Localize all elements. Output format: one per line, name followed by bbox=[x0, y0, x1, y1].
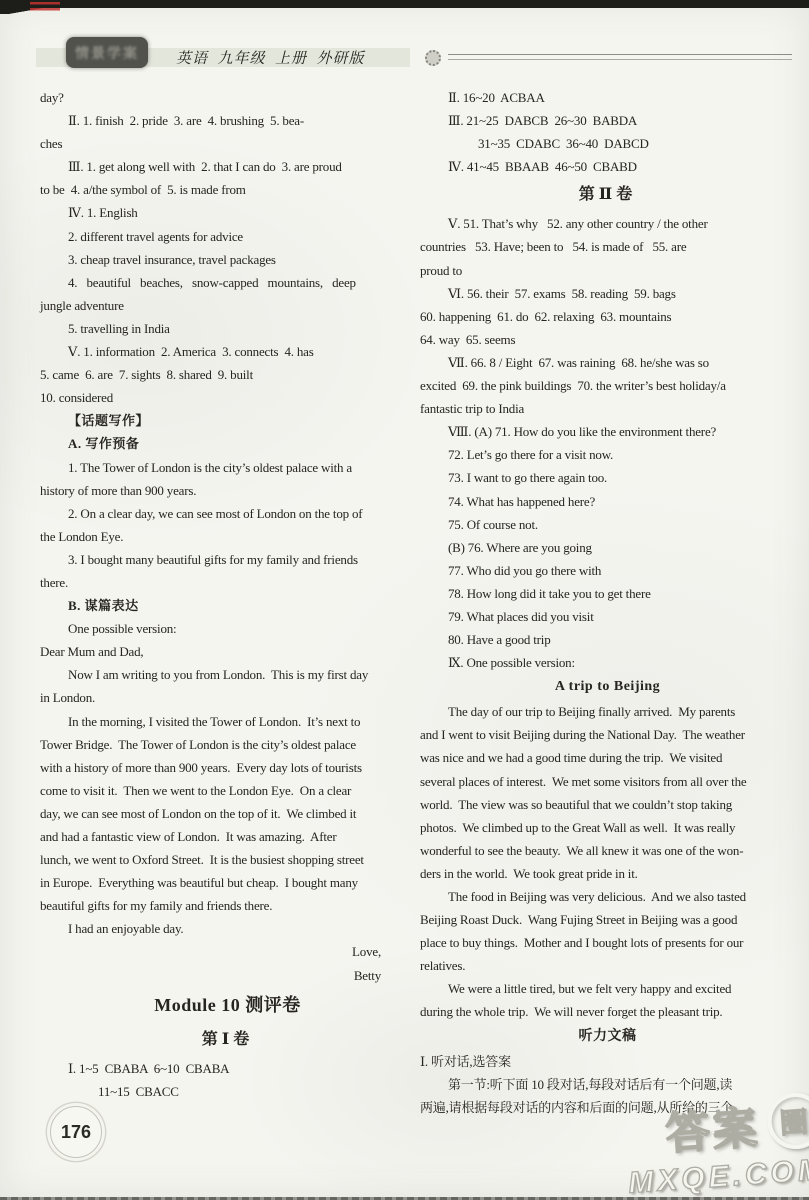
watermark-circle-char: 圈 bbox=[779, 1100, 809, 1142]
text-line: 64. way 65. seems bbox=[420, 328, 795, 351]
text-line: 听力文稿 bbox=[420, 1024, 795, 1050]
watermark-title: 答案 圈 bbox=[623, 1087, 809, 1165]
text-line: I had an enjoyable day. bbox=[40, 917, 415, 940]
text-line: 11~15 CBACC bbox=[40, 1080, 415, 1103]
text-line: 2. different travel agents for advice bbox=[40, 225, 415, 248]
text-line: history of more than 900 years. bbox=[40, 479, 415, 502]
text-line: was nice and we had a good time during t… bbox=[420, 746, 795, 769]
text-line: ches bbox=[40, 132, 415, 155]
text-line: The food in Beijing was very delicious. … bbox=[420, 885, 795, 908]
text-line: A. 写作预备 bbox=[40, 432, 415, 455]
text-line: Ⅱ. 1. finish 2. pride 3. are 4. brushing… bbox=[40, 109, 415, 132]
text-line: 79. What places did you visit bbox=[420, 605, 795, 628]
text-line: countries 53. Have; been to 54. is made … bbox=[420, 235, 795, 258]
text-line: Tower Bridge. The Tower of London is the… bbox=[40, 733, 415, 756]
scanned-answer-page: 情景学案 英语 九年级 上册 外研版 day?Ⅱ. 1. finish 2. p… bbox=[0, 0, 809, 1200]
text-line: Beijing Roast Duck. Wang Fujing Street i… bbox=[420, 908, 795, 931]
text-line: day, we can see most of London on the to… bbox=[40, 802, 415, 825]
watermark-text: 答案 bbox=[664, 1092, 762, 1162]
text-line: In the morning, I visited the Tower of L… bbox=[40, 710, 415, 733]
text-line: jungle adventure bbox=[40, 294, 415, 317]
text-line: Ⅱ. 16~20 ACBAA bbox=[420, 86, 795, 109]
text-line: world. The view was so beautiful that we… bbox=[420, 793, 795, 816]
text-line: relatives. bbox=[420, 954, 795, 977]
brand-badge-label: 情景学案 bbox=[75, 43, 139, 63]
text-line: One possible version: bbox=[40, 617, 415, 640]
text-line: Ⅲ. 1. get along well with 2. that I can … bbox=[40, 155, 415, 178]
text-line: to be 4. a/the symbol of 5. is made from bbox=[40, 178, 415, 201]
text-line: We were a little tired, but we felt very… bbox=[420, 977, 795, 1000]
text-line: day? bbox=[40, 86, 415, 109]
text-line: 60. happening 61. do 62. relaxing 63. mo… bbox=[420, 305, 795, 328]
text-line: there. bbox=[40, 571, 415, 594]
text-line: ders in the world. We took great pride i… bbox=[420, 862, 795, 885]
text-line: 【话题写作】 bbox=[40, 409, 415, 432]
watermark: 答案 圈 MXQE.COM bbox=[623, 1087, 809, 1200]
text-line: excited 69. the pink buildings 70. the w… bbox=[420, 374, 795, 397]
brand-badge: 情景学案 bbox=[66, 37, 148, 68]
text-line: B. 谋篇表达 bbox=[40, 594, 415, 617]
text-line: 80. Have a good trip bbox=[420, 628, 795, 651]
text-line: Ⅳ. 41~45 BBAAB 46~50 CBABD bbox=[420, 155, 795, 178]
text-line: Ⅶ. 66. 8 / Eight 67. was raining 68. he/… bbox=[420, 351, 795, 374]
text-line: 1. The Tower of London is the city’s old… bbox=[40, 456, 415, 479]
text-line: wonderful to see the beauty. We all knew… bbox=[420, 839, 795, 862]
text-line: the London Eye. bbox=[40, 525, 415, 548]
text-line: in London. bbox=[40, 686, 415, 709]
text-line: 10. considered bbox=[40, 386, 415, 409]
text-line: 31~35 CDABC 36~40 DABCD bbox=[420, 132, 795, 155]
scan-edge-top bbox=[0, 0, 809, 8]
text-line: 78. How long did it take you to get ther… bbox=[420, 582, 795, 605]
text-line: Ⅵ. 56. their 57. exams 58. reading 59. b… bbox=[420, 282, 795, 305]
text-line: Love, bbox=[40, 940, 415, 963]
text-line: Betty bbox=[40, 964, 415, 987]
text-line: several places of interest. We met some … bbox=[420, 770, 795, 793]
header-rule-line bbox=[448, 54, 792, 60]
text-line: Ⅸ. One possible version: bbox=[420, 651, 795, 674]
text-line: 75. Of course not. bbox=[420, 513, 795, 536]
text-line: (B) 76. Where are you going bbox=[420, 536, 795, 559]
text-line: during the whole trip. We will never for… bbox=[420, 1000, 795, 1023]
page-number: 176 bbox=[61, 1122, 91, 1143]
text-line: proud to bbox=[420, 259, 795, 282]
scan-artifact-red-marks bbox=[30, 2, 60, 12]
text-line: 第Ⅰ卷 bbox=[40, 1023, 415, 1057]
text-line: Ⅰ. 听对话,选答案 bbox=[420, 1050, 795, 1073]
flower-ornament-icon bbox=[425, 50, 441, 66]
text-line: Ⅳ. 1. English bbox=[40, 201, 415, 224]
text-line: Ⅰ. 1~5 CBABA 6~10 CBABA bbox=[40, 1057, 415, 1080]
watermark-circle-icon: 圈 bbox=[766, 1091, 809, 1151]
text-line: 73. I want to go there again too. bbox=[420, 466, 795, 489]
text-line: Now I am writing to you from London. Thi… bbox=[40, 663, 415, 686]
text-line: Ⅲ. 21~25 DABCB 26~30 BABDA bbox=[420, 109, 795, 132]
text-line: 72. Let’s go there for a visit now. bbox=[420, 443, 795, 466]
page-number-badge: 176 bbox=[50, 1106, 102, 1158]
text-line: A trip to Beijing bbox=[420, 674, 795, 700]
left-text-column: day?Ⅱ. 1. finish 2. pride 3. are 4. brus… bbox=[40, 86, 415, 1103]
text-line: in Europe. Everything was beautiful but … bbox=[40, 871, 415, 894]
text-line: come to visit it. Then we went to the Lo… bbox=[40, 779, 415, 802]
text-line: place to buy things. Mother and I bought… bbox=[420, 931, 795, 954]
text-line: Ⅷ. (A) 71. How do you like the environme… bbox=[420, 420, 795, 443]
text-line: Ⅴ. 51. That’s why 52. any other country … bbox=[420, 212, 795, 235]
text-line: The day of our trip to Beijing finally a… bbox=[420, 700, 795, 723]
text-line: Dear Mum and Dad, bbox=[40, 640, 415, 663]
text-line: 5. came 6. are 7. sights 8. shared 9. bu… bbox=[40, 363, 415, 386]
text-line: 5. travelling in India bbox=[40, 317, 415, 340]
text-line: and had a fantastic view of London. It w… bbox=[40, 825, 415, 848]
text-line: photos. We climbed up to the Great Wall … bbox=[420, 816, 795, 839]
text-line: Ⅴ. 1. information 2. America 3. connects… bbox=[40, 340, 415, 363]
text-line: 3. cheap travel insurance, travel packag… bbox=[40, 248, 415, 271]
right-text-column: Ⅱ. 16~20 ACBAAⅢ. 21~25 DABCB 26~30 BABDA… bbox=[420, 86, 795, 1119]
text-line: Module 10 测评卷 bbox=[40, 987, 415, 1023]
text-line: beautiful gifts for my family and friend… bbox=[40, 894, 415, 917]
text-line: lunch, we went to Oxford Street. It is t… bbox=[40, 848, 415, 871]
text-line: with a history of more than 900 years. E… bbox=[40, 756, 415, 779]
text-line: 2. On a clear day, we can see most of Lo… bbox=[40, 502, 415, 525]
book-info-title: 英语 九年级 上册 外研版 bbox=[176, 47, 365, 68]
text-line: 77. Who did you go there with bbox=[420, 559, 795, 582]
text-line: and I went to visit Beijing during the N… bbox=[420, 723, 795, 746]
text-line: 4. beautiful beaches, snow-capped mounta… bbox=[40, 271, 415, 294]
text-line: fantastic trip to India bbox=[420, 397, 795, 420]
text-line: 第Ⅱ卷 bbox=[420, 178, 795, 212]
text-line: 74. What has happened here? bbox=[420, 490, 795, 513]
text-line: 3. I bought many beautiful gifts for my … bbox=[40, 548, 415, 571]
